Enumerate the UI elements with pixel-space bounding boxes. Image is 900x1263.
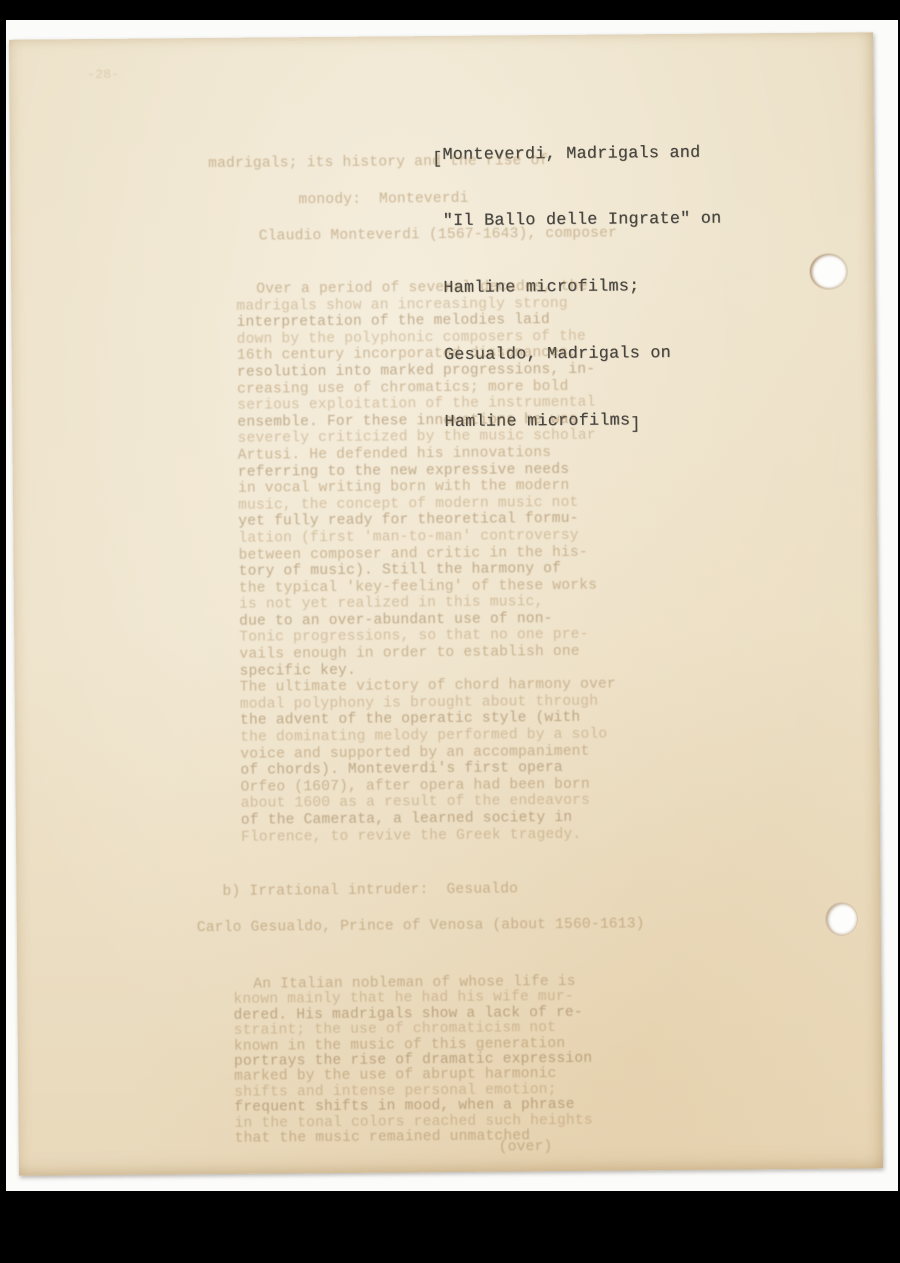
ghost-byline-gesualdo: Carlo Gesualdo, Prince of Venosa (about …	[197, 916, 645, 937]
ghost-paragraph-2: An Italian nobleman of whose life isknow…	[233, 975, 593, 1148]
ghost-page-number: -28-	[87, 67, 119, 82]
ghost-text-line: severely criticized by the music scholar	[237, 428, 613, 448]
punch-hole-bottom	[826, 903, 857, 935]
ghost-text-line: vails enough in order to establish one	[239, 644, 615, 664]
ghost-header-line-1: madrigals; its history and the rise of	[208, 153, 549, 173]
ghost-paragraph-1: Over a period of several decades, themad…	[236, 279, 617, 846]
ghost-text-line: madrigals show an increasingly strong	[236, 295, 612, 315]
document-page: -28- [Monteverdi, Madrigals and "Il Ball…	[9, 32, 883, 1175]
ghost-byline-monteverdi: Claudio Monteverdi (1567-1643), composer	[259, 225, 617, 245]
punch-hole-top	[810, 254, 847, 289]
scanned-page: { "annotation": { "open_bracket": "[", "…	[0, 0, 900, 1263]
ghost-text-line: Florence, to revive the Greek tragedy.	[241, 826, 617, 846]
ghost-over-note: (over)	[499, 1139, 553, 1156]
ghost-header-line-2: monody: Monteverdi	[298, 191, 468, 209]
ghost-heading-b: b) Irrational intruder: Gesualdo	[222, 881, 518, 900]
close-bracket: ]	[630, 415, 640, 434]
